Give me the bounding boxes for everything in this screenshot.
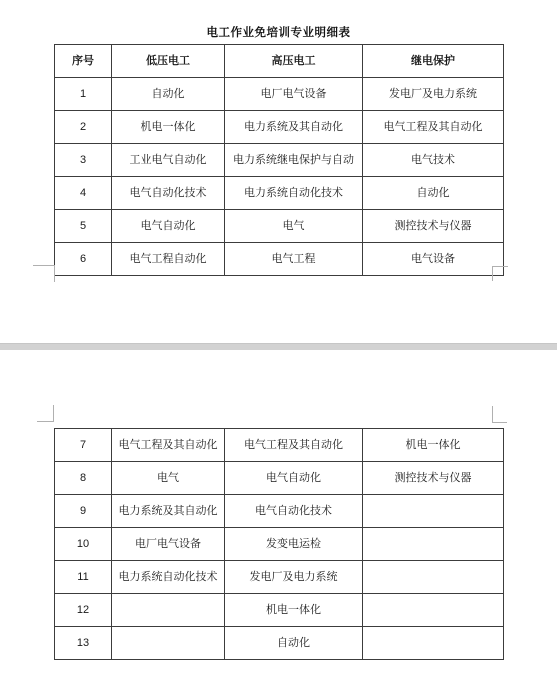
table-row: 3 工业电气自动化 电力系统继电保护与自动 电气技术 — [55, 144, 504, 177]
header-cell-index[interactable]: 序号 — [55, 45, 112, 78]
table-cell[interactable]: 5 — [55, 210, 112, 243]
table-row: 6 电气工程自动化 电气工程 电气设备 — [55, 243, 504, 276]
table-cell[interactable]: 机电一体化 — [225, 594, 363, 627]
table-cell[interactable]: 1 — [55, 78, 112, 111]
majors-table-page-2[interactable]: 7 电气工程及其自动化 电气工程及其自动化 机电一体化 8 电气 电气自动化 测… — [54, 428, 504, 660]
table-cell[interactable]: 电气技术 — [363, 144, 504, 177]
document-view: { "document": { "title": "电工作业免培训专业明细表",… — [0, 0, 557, 686]
table-cell[interactable]: 8 — [55, 462, 112, 495]
page-break-separator — [0, 343, 557, 350]
table-row: 11 电力系统自动化技术 发电厂及电力系统 — [55, 561, 504, 594]
table-cell[interactable]: 11 — [55, 561, 112, 594]
table-row: 1 自动化 电厂电气设备 发电厂及电力系统 — [55, 78, 504, 111]
table-cell[interactable]: 工业电气自动化 — [112, 144, 225, 177]
table-row: 8 电气 电气自动化 测控技术与仪器 — [55, 462, 504, 495]
table-cell[interactable]: 发电厂及电力系统 — [225, 561, 363, 594]
table-cell[interactable]: 电力系统及其自动化 — [225, 111, 363, 144]
table-cell[interactable]: 自动化 — [225, 627, 363, 660]
table-cell[interactable] — [363, 594, 504, 627]
table-cell[interactable]: 电气设备 — [363, 243, 504, 276]
table-cell[interactable]: 电气工程自动化 — [112, 243, 225, 276]
table-row: 10 电厂电气设备 发变电运检 — [55, 528, 504, 561]
margin-crop-mark-top-right — [492, 406, 507, 423]
table-cell[interactable]: 7 — [55, 429, 112, 462]
table-cell[interactable]: 电气自动化 — [112, 210, 225, 243]
table-cell[interactable] — [363, 528, 504, 561]
table-cell[interactable]: 测控技术与仪器 — [363, 210, 504, 243]
table-cell[interactable]: 电气工程 — [225, 243, 363, 276]
table-cell[interactable] — [363, 495, 504, 528]
table-cell[interactable]: 电力系统自动化技术 — [112, 561, 225, 594]
table-row: 5 电气自动化 电气 测控技术与仪器 — [55, 210, 504, 243]
header-cell-high-voltage[interactable]: 高压电工 — [225, 45, 363, 78]
table-cell[interactable]: 电气 — [112, 462, 225, 495]
table-cell[interactable]: 电力系统继电保护与自动 — [225, 144, 363, 177]
table-row: 7 电气工程及其自动化 电气工程及其自动化 机电一体化 — [55, 429, 504, 462]
table-cell[interactable]: 12 — [55, 594, 112, 627]
margin-crop-mark-bottom-right — [492, 266, 508, 281]
table-cell[interactable]: 电厂电气设备 — [225, 78, 363, 111]
table-cell[interactable] — [112, 627, 225, 660]
table-cell[interactable]: 电气自动化 — [225, 462, 363, 495]
table-cell[interactable] — [112, 594, 225, 627]
table-row: 2 机电一体化 电力系统及其自动化 电气工程及其自动化 — [55, 111, 504, 144]
table-cell[interactable]: 电气自动化技术 — [225, 495, 363, 528]
table-row: 9 电力系统及其自动化 电气自动化技术 — [55, 495, 504, 528]
table-cell[interactable]: 发变电运检 — [225, 528, 363, 561]
table-cell[interactable]: 自动化 — [112, 78, 225, 111]
table-cell[interactable]: 电力系统及其自动化 — [112, 495, 225, 528]
table-cell[interactable] — [363, 627, 504, 660]
table-cell[interactable] — [363, 561, 504, 594]
table-row: 13 自动化 — [55, 627, 504, 660]
header-cell-relay-protection[interactable]: 继电保护 — [363, 45, 504, 78]
table-cell[interactable]: 电厂电气设备 — [112, 528, 225, 561]
table-cell[interactable]: 机电一体化 — [112, 111, 225, 144]
table-cell[interactable]: 电力系统自动化技术 — [225, 177, 363, 210]
table-row: 4 电气自动化技术 电力系统自动化技术 自动化 — [55, 177, 504, 210]
table-cell[interactable]: 9 — [55, 495, 112, 528]
margin-crop-mark-bottom-left — [33, 265, 55, 282]
table-cell[interactable]: 13 — [55, 627, 112, 660]
table-cell[interactable]: 发电厂及电力系统 — [363, 78, 504, 111]
table-cell[interactable]: 电气 — [225, 210, 363, 243]
table-cell[interactable]: 电气工程及其自动化 — [112, 429, 225, 462]
table-cell[interactable]: 6 — [55, 243, 112, 276]
table-cell[interactable]: 3 — [55, 144, 112, 177]
table-header-row: 序号 低压电工 高压电工 继电保护 — [55, 45, 504, 78]
header-cell-low-voltage[interactable]: 低压电工 — [112, 45, 225, 78]
table-cell[interactable]: 电气工程及其自动化 — [363, 111, 504, 144]
table-cell[interactable]: 自动化 — [363, 177, 504, 210]
majors-table-page-1[interactable]: 序号 低压电工 高压电工 继电保护 1 自动化 电厂电气设备 发电厂及电力系统 … — [54, 44, 504, 276]
margin-crop-mark-top-left — [37, 405, 54, 422]
table-row: 12 机电一体化 — [55, 594, 504, 627]
document-title[interactable]: 电工作业免培训专业明细表 — [54, 24, 503, 40]
table-cell[interactable]: 10 — [55, 528, 112, 561]
table-cell[interactable]: 2 — [55, 111, 112, 144]
table-cell[interactable]: 电气工程及其自动化 — [225, 429, 363, 462]
table-cell[interactable]: 测控技术与仪器 — [363, 462, 504, 495]
table-cell[interactable]: 4 — [55, 177, 112, 210]
table-cell[interactable]: 电气自动化技术 — [112, 177, 225, 210]
table-cell[interactable]: 机电一体化 — [363, 429, 504, 462]
